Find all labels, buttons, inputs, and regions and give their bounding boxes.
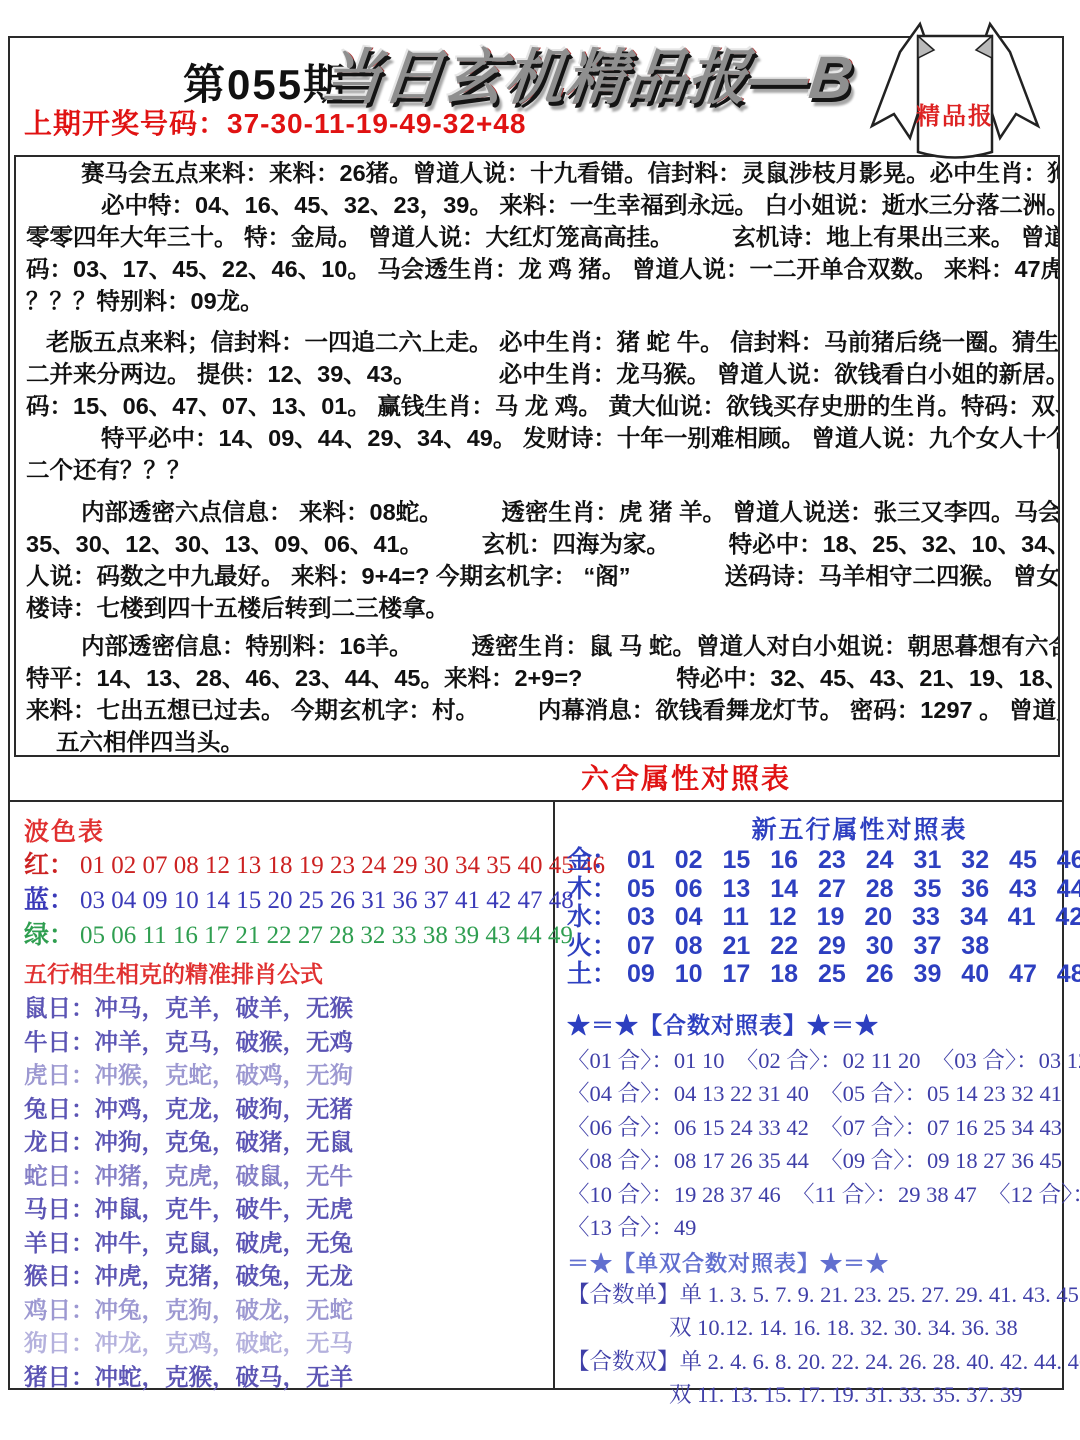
tip-line: 特平必中：14、09、44、29、34、49。 发财诗：十年一别难相顾。 曾道人… (26, 422, 1058, 454)
section-heading: 六合属性对照表 (8, 757, 1064, 801)
zodiac-line: 鸡日：冲兔，克狗，破龙，无蛇 (24, 1294, 553, 1328)
tip-line: 五六相伴四当头。 (26, 726, 1058, 757)
ribbon-label: 精品报 (852, 96, 1058, 131)
danshuang-line: 【合数单】单 1. 3. 5. 7. 9. 21. 23. 25. 27. 29… (567, 1278, 1080, 1312)
tip-line: 35、30、12、30、13、09、06、41。 玄机：四海为家。 特必中：18… (26, 528, 1058, 560)
wuxing-label: 水： (567, 903, 617, 931)
red-wave-row: 红：01 02 07 08 12 13 18 19 23 24 29 30 34… (24, 848, 553, 883)
last-draw-numbers: 上期开奖号码：37-30-11-19-49-32+48 (24, 102, 526, 142)
hesum-line: 〈10 合〉：19 28 37 46 〈11 合〉：29 38 47 〈12 合… (567, 1178, 1080, 1212)
zodiac-line: 羊日：冲牛，克鼠，破虎，无兔 (24, 1227, 553, 1261)
danshuang-line: 双 11. 13. 15. 17. 19. 31. 33. 35. 37. 39 (567, 1378, 1080, 1412)
hesum-line: 〈04 合〉：04 13 22 31 40 〈05 合〉：05 14 23 32… (567, 1077, 1080, 1111)
red-wave-label: 红： (24, 851, 74, 879)
tip-block: 内部透密信息：特别料：16羊。 透密生肖：鼠 马 蛇。曾道人对白小姐说：朝思暮想… (26, 630, 1058, 757)
blue-wave-label: 蓝： (24, 886, 74, 914)
zodiac-line: 马日：冲鼠，克牛，破牛，无虎 (24, 1193, 553, 1227)
tip-line: 楼诗：七楼到四十五楼后转到二三楼拿。 (26, 592, 1058, 624)
hesum-line: 〈13 合〉：49 (567, 1211, 1080, 1245)
green-wave-row: 绿：05 06 11 16 17 21 22 27 28 32 33 38 39… (24, 918, 553, 953)
blue-wave-numbers: 03 04 09 10 14 15 20 25 26 31 36 37 41 4… (80, 887, 574, 914)
hesum-table-title: ★＝★【合数对照表】★＝★ (567, 1007, 1080, 1040)
wuxing-numbers: 09 10 17 18 25 26 39 40 47 48 (627, 960, 1080, 988)
tip-line: ？？？特别料：09龙。 (26, 285, 1058, 317)
hesum-line: 〈06 合〉：06 15 24 33 42 〈07 合〉：07 16 25 34… (567, 1111, 1080, 1145)
tip-line: 内部透密信息：特别料：16羊。 透密生肖：鼠 马 蛇。曾道人对白小姐说：朝思暮想… (26, 630, 1058, 662)
wuxing-numbers: 01 02 15 16 23 24 31 32 45 46 (627, 846, 1080, 874)
tip-line: 零零四年大年三十。 特：金局。 曾道人说：大红灯笼高高挂。 玄机诗：地上有果出三… (26, 221, 1058, 253)
section-heading-band: 六合属性对照表 (8, 757, 1064, 802)
zodiac-line: 兔日：冲鸡，克龙，破狗，无猪 (24, 1093, 553, 1127)
tip-line: 二个还有？？？ (26, 454, 1058, 486)
tip-line: 来料：七出五想已过去。 今期玄机字：村。 内幕消息：欲钱看舞龙灯节。 密码：12… (26, 694, 1058, 726)
tip-block: 老版五点来料；信封料：一四追二六上走。 必中生肖：猪 蛇 牛。 信封料：马前猪后… (26, 326, 1058, 486)
bose-table-title: 波色表 (24, 812, 553, 848)
zodiac-line: 牛日：冲羊，克马，破猴，无鸡 (24, 1026, 553, 1060)
hesum-line: 〈08 合〉：08 17 26 35 44 〈09 合〉：09 18 27 36… (567, 1144, 1080, 1178)
tip-line: 必中特：04、16、45、32、23，39。 来料：一生幸福到永远。 白小姐说：… (26, 189, 1058, 221)
formula-title: 五行相生相克的精准排肖公式 (24, 956, 553, 989)
red-wave-numbers: 01 02 07 08 12 13 18 19 23 24 29 30 34 3… (80, 852, 605, 879)
wuxing-numbers: 05 06 13 14 27 28 35 36 43 44 (627, 875, 1080, 903)
ribbon-banner-icon (852, 10, 1058, 166)
wuxing-row-water: 水：03 04 11 12 19 20 33 34 41 42 49 (567, 903, 1080, 932)
wuxing-numbers: 03 04 11 12 19 20 33 34 41 42 49 (627, 903, 1080, 931)
wuxing-row-gold: 金：01 02 15 16 23 24 31 32 45 46 (567, 846, 1080, 875)
tips-box: 赛马会五点来料：来料：26猪。曾道人说：十九看错。信封料：灵鼠涉枝月影晃。必中生… (14, 155, 1060, 757)
tip-line: 老版五点来料；信封料：一四追二六上走。 必中生肖：猪 蛇 牛。 信封料：马前猪后… (26, 326, 1058, 358)
tip-line: 二并来分两边。 提供：12、39、43。 必中生肖：龙马猴。 曾道人说：欲钱看白… (26, 358, 1058, 390)
color-wave-column: 波色表 红：01 02 07 08 12 13 18 19 23 24 29 3… (8, 802, 555, 1390)
tip-line: 码：15、06、47、07、13、01。 赢钱生肖：马 龙 鸡。 黄大仙说：欲钱… (26, 390, 1058, 422)
danshuang-line: 【合数双】单 2. 4. 6. 8. 20. 22. 24. 26. 28. 4… (567, 1345, 1080, 1379)
tip-line: 码：03、17、45、22、46、10。 马会透生肖：龙 鸡 猪。 曾道人说：一… (26, 253, 1058, 285)
wuxing-numbers: 07 08 21 22 29 30 37 38 (627, 932, 989, 960)
danshuang-table-title: ＝★【单双合数对照表】★＝★ (567, 1247, 1080, 1278)
zodiac-line: 蛇日：冲猪，克虎，破鼠，无牛 (24, 1160, 553, 1194)
blue-wave-row: 蓝：03 04 09 10 14 15 20 25 26 31 36 37 41… (24, 883, 553, 918)
element-tables-column: 新五行属性对照表 金：01 02 15 16 23 24 31 32 45 46… (555, 802, 1080, 1390)
wuxing-table-title: 新五行属性对照表 (567, 810, 1080, 846)
tip-line: 特平：14、13、28、46、23、44、45。来料：2+9=? 特必中：32、… (26, 662, 1058, 694)
wuxing-label: 火： (567, 932, 617, 960)
zodiac-line: 猴日：冲虎，克猪，破兔，无龙 (24, 1260, 553, 1294)
hesum-line: 〈01 合〉：01 10 〈02 合〉：02 11 20 〈03 合〉：03 1… (567, 1044, 1080, 1078)
danshuang-line: 双 10.12. 14. 16. 18. 32. 30. 34. 36. 38 (567, 1311, 1080, 1345)
attribute-columns: 波色表 红：01 02 07 08 12 13 18 19 23 24 29 3… (8, 802, 1064, 1390)
wuxing-label: 土： (567, 960, 617, 988)
zodiac-line: 虎日：冲猴，克蛇，破鸡，无狗 (24, 1059, 553, 1093)
wuxing-row-earth: 土：09 10 17 18 25 26 39 40 47 48 (567, 960, 1080, 989)
green-wave-label: 绿： (24, 921, 74, 949)
tip-line: 人说：码数之中九最好。 来料：9+4=? 今期玄机字： “阁” 送码诗：马羊相守… (26, 560, 1058, 592)
tip-block: 赛马会五点来料：来料：26猪。曾道人说：十九看错。信封料：灵鼠涉枝月影晃。必中生… (26, 157, 1058, 317)
zodiac-line: 鼠日：冲马，克羊，破羊，无猴 (24, 992, 553, 1026)
green-wave-numbers: 05 06 11 16 17 21 22 27 28 32 33 38 39 4… (80, 922, 573, 949)
wuxing-label: 金： (567, 846, 617, 874)
tip-line: 内部透密六点信息： 来料：08蛇。 透密生肖：虎 猪 羊。 曾道人说送：张三又李… (26, 496, 1058, 528)
tip-sheet-page: 第055期 当日玄机精品报—B 精品报 上期开奖号码：37-30-11-19-4… (0, 0, 1080, 1440)
wuxing-row-wood: 木：05 06 13 14 27 28 35 36 43 44 (567, 875, 1080, 904)
zodiac-line: 龙日：冲狗，克兔，破猪，无鼠 (24, 1126, 553, 1160)
wuxing-label: 木： (567, 875, 617, 903)
zodiac-line: 猪日：冲蛇，克猴，破马，无羊 (24, 1361, 553, 1395)
tip-block: 内部透密六点信息： 来料：08蛇。 透密生肖：虎 猪 羊。 曾道人说送：张三又李… (26, 496, 1058, 624)
wuxing-row-fire: 火：07 08 21 22 29 30 37 38 (567, 932, 1080, 961)
zodiac-line: 狗日：冲龙，克鸡，破蛇，无马 (24, 1327, 553, 1361)
